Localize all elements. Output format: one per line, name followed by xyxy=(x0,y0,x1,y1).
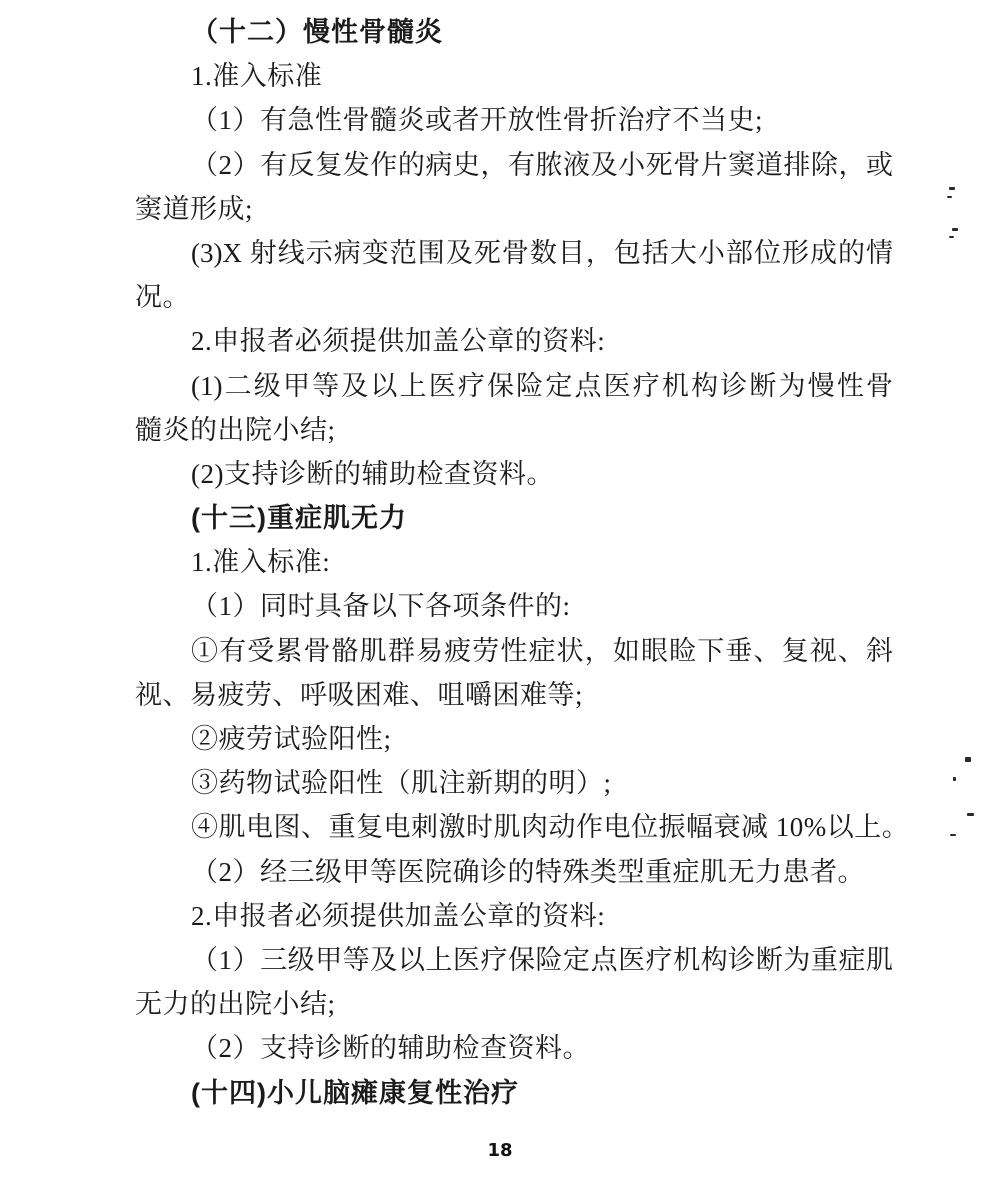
text-line: 髓炎的出院小结; xyxy=(135,408,893,452)
text-line: ②疲劳试验阳性; xyxy=(135,717,893,761)
text-line: （1）有急性骨髓炎或者开放性骨折治疗不当史; xyxy=(135,98,893,142)
scan-speck xyxy=(967,813,974,816)
document-page: （十二）慢性骨髓炎1.准入标准（1）有急性骨髓炎或者开放性骨折治疗不当史;（2）… xyxy=(0,0,1000,1182)
scan-speck xyxy=(949,236,954,238)
text-line: 窦道形成; xyxy=(135,187,893,231)
scan-speck xyxy=(949,187,955,190)
scan-speck xyxy=(953,777,956,781)
section-heading: (十四)小儿脑瘫康复性治疗 xyxy=(135,1071,893,1115)
text-line: （2）有反复发作的病史，有脓液及小死骨片窦道排除，或 xyxy=(135,143,893,187)
text-line: （2）支持诊断的辅助检查资料。 xyxy=(135,1026,893,1070)
text-line: (3)X 射线示病变范围及死骨数目，包括大小部位形成的情 xyxy=(135,231,893,275)
section-heading: (十三)重症肌无力 xyxy=(135,496,893,540)
text-line: 1.准入标准: xyxy=(135,540,893,584)
text-line: 无力的出院小结; xyxy=(135,982,893,1026)
text-line: (1)二级甲等及以上医疗保险定点医疗机构诊断为慢性骨 xyxy=(135,364,893,408)
text-line: (2)支持诊断的辅助检查资料。 xyxy=(135,452,893,496)
text-line: ①有受累骨骼肌群易疲劳性症状，如眼睑下垂、复视、斜 xyxy=(135,629,893,673)
scan-speck xyxy=(965,757,971,762)
text-line: 况。 xyxy=(135,275,893,319)
text-line: ④肌电图、重复电刺激时肌肉动作电位振幅衰减 10%以上。 xyxy=(135,805,893,849)
text-line: （1）同时具备以下各项条件的: xyxy=(135,584,893,628)
page-number: 18 xyxy=(0,1140,1000,1161)
text-line: 1.准入标准 xyxy=(135,54,893,98)
text-line: ③药物试验阳性（肌注新期的明）; xyxy=(135,761,893,805)
scan-speck xyxy=(950,834,956,836)
text-line: 视、易疲劳、呼吸困难、咀嚼困难等; xyxy=(135,673,893,717)
text-line: （2）经三级甲等医院确诊的特殊类型重症肌无力患者。 xyxy=(135,850,893,894)
section-heading: （十二）慢性骨髓炎 xyxy=(135,10,893,54)
scan-speck xyxy=(952,228,958,231)
document-body: （十二）慢性骨髓炎1.准入标准（1）有急性骨髓炎或者开放性骨折治疗不当史;（2）… xyxy=(135,10,893,1115)
scan-speck xyxy=(947,196,952,198)
text-line: （1）三级甲等及以上医疗保险定点医疗机构诊断为重症肌 xyxy=(135,938,893,982)
text-line: 2.申报者必须提供加盖公章的资料: xyxy=(135,319,893,363)
text-line: 2.申报者必须提供加盖公章的资料: xyxy=(135,894,893,938)
